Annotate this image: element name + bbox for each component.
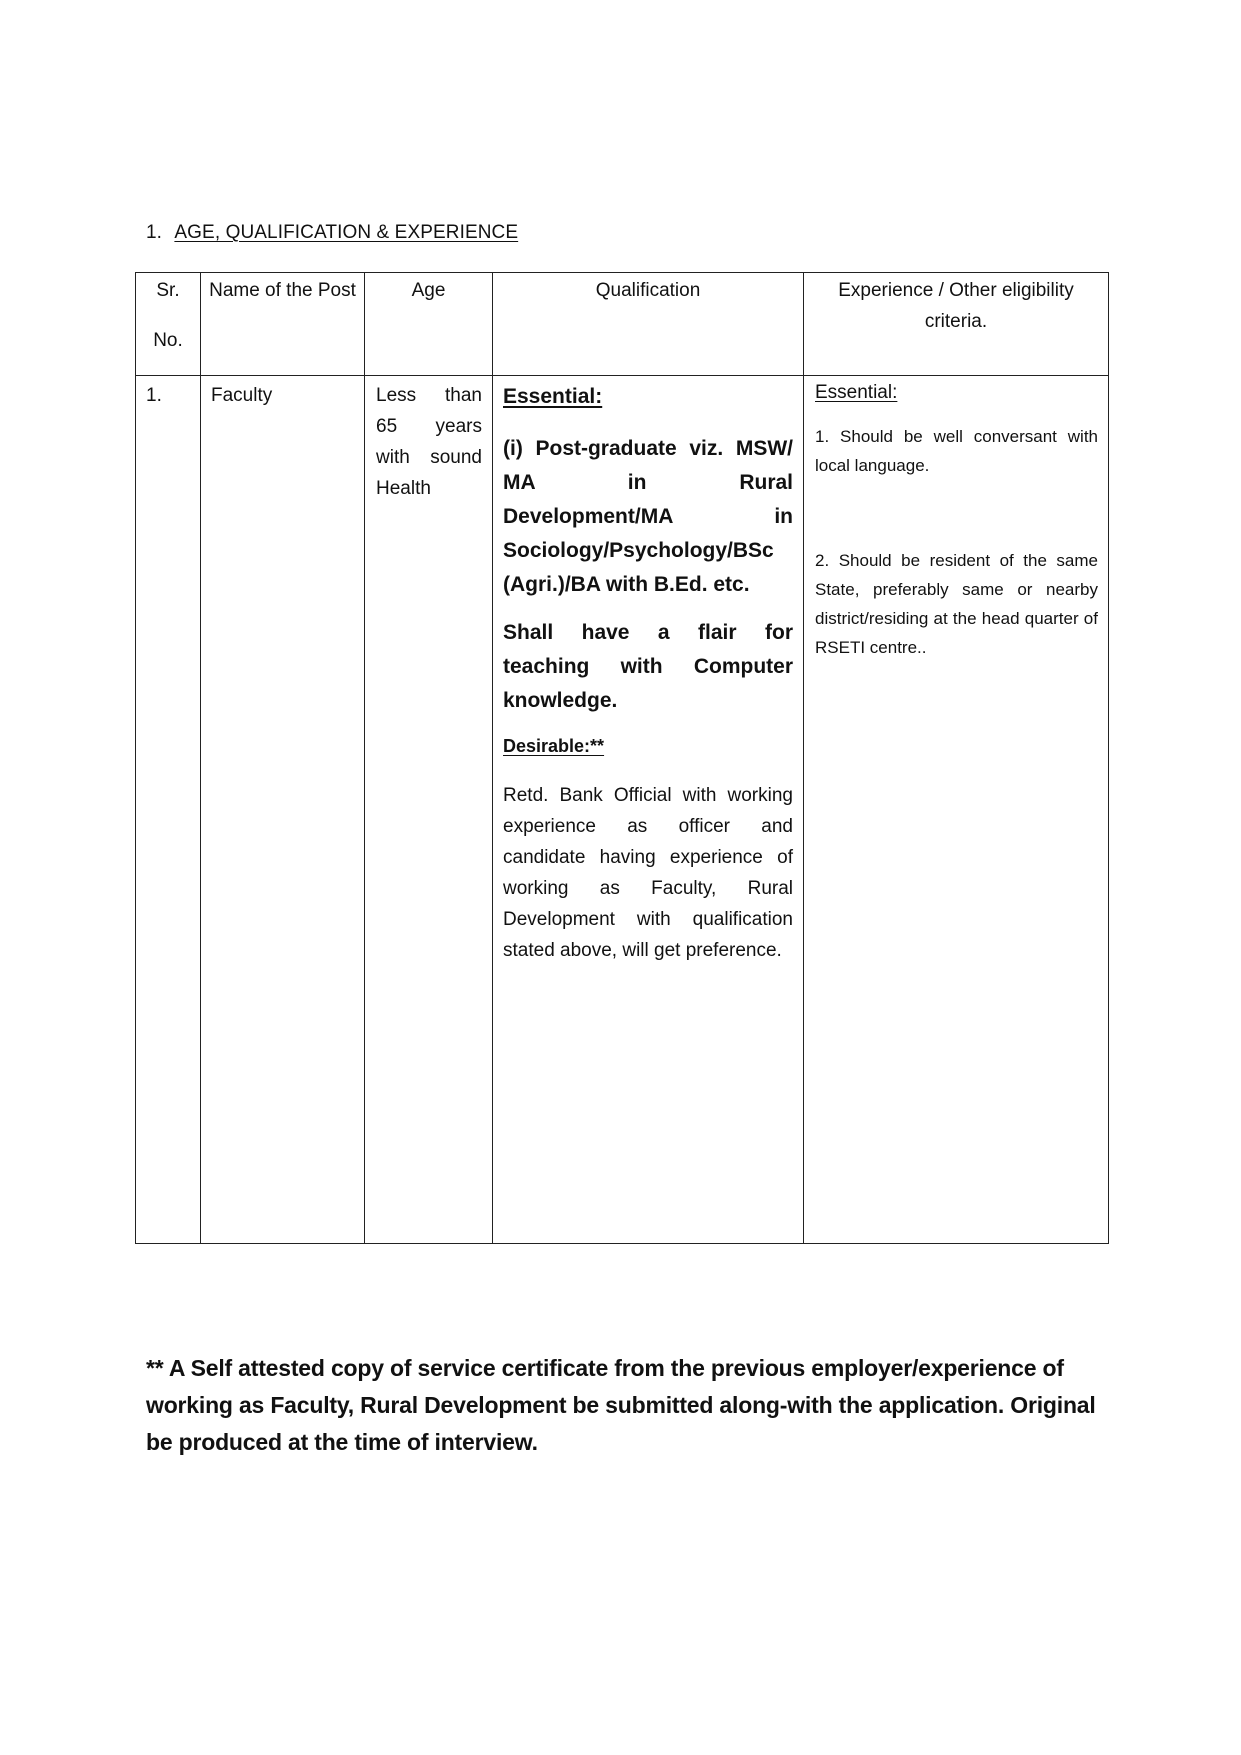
section-title: AGE, QUALIFICATION & EXPERIENCE <box>174 222 518 243</box>
experience-essential-label: Essential: <box>815 378 1098 408</box>
table-header-row: Sr. No. Name of the Post Age Qualificati… <box>136 273 1109 376</box>
cell-qualification: Essential: (i) Post-graduate viz. MSW/ M… <box>493 376 804 1244</box>
footnote: ** A Self attested copy of service certi… <box>146 1350 1106 1461</box>
qualification-essential-text-2: Shall have a flair for teaching with Com… <box>503 616 793 718</box>
qualification-essential-label: Essential: <box>503 382 793 412</box>
qualification-essential-text: (i) Post-graduate viz. MSW/ MA in Rural … <box>503 432 793 602</box>
cell-sr-no: 1. <box>136 376 201 1244</box>
cell-age: Less than 65 years with sound Health <box>365 376 493 1244</box>
header-sr-no: Sr. No. <box>136 273 201 376</box>
experience-item: 1. Should be well conversant with local … <box>815 422 1098 480</box>
header-post-name: Name of the Post <box>201 273 365 376</box>
qualification-desirable-label: Desirable:** <box>503 732 793 760</box>
section-number: 1. <box>146 222 162 243</box>
section-heading: 1. AGE, QUALIFICATION & EXPERIENCE <box>146 222 518 244</box>
table-row: 1. Faculty Less than 65 years with sound… <box>136 376 1109 1244</box>
header-experience: Experience / Other eligibility criteria. <box>804 273 1109 376</box>
cell-post-name: Faculty <box>201 376 365 1244</box>
experience-item: 2. Should be resident of the same State,… <box>815 546 1098 662</box>
header-age: Age <box>365 273 493 376</box>
qualification-desirable-text: Retd. Bank Official with working experie… <box>503 780 793 966</box>
header-qualification: Qualification <box>493 273 804 376</box>
eligibility-table: Sr. No. Name of the Post Age Qualificati… <box>135 272 1109 1244</box>
cell-experience: Essential: 1. Should be well conversant … <box>804 376 1109 1244</box>
